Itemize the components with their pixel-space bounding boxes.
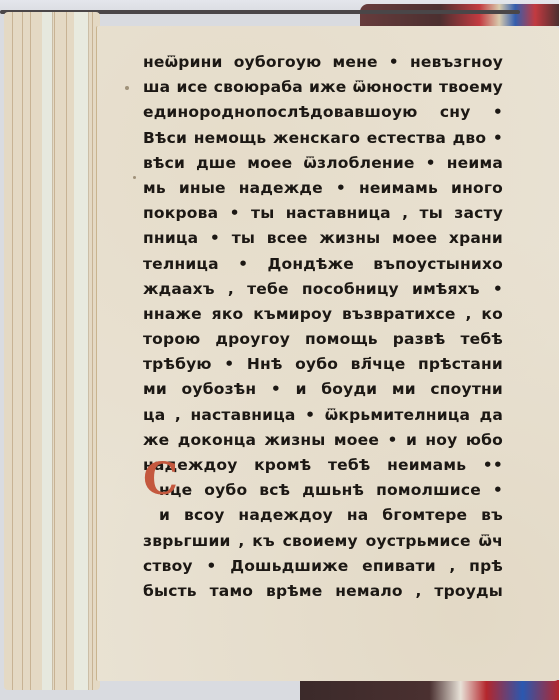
text-line: мь иные надежде • неимамь иного: [143, 176, 503, 201]
text-line: ша исе своюраба иже ѿюности твоему: [143, 75, 503, 100]
red-initial-letter: С: [143, 458, 178, 502]
text-line: ствоу • Дошьдшиже епивати , прѣ: [143, 554, 503, 579]
binding-cloth-top: [360, 4, 559, 26]
text-line: Вѣси немощь женскаго естества дво •: [143, 126, 503, 151]
text-line: трѣбую • Ннѣ оубо вл҃чце прѣстани: [143, 352, 503, 377]
text-line: и всоу надеждоу на бгомтере въ: [143, 503, 503, 528]
text-line: торою дроугоу помощь развѣ тебѣ: [143, 327, 503, 352]
text-line: ми оубозѣн • и боуди ми споутни: [143, 377, 503, 402]
text-line: надеждоу кромѣ тебѣ неимамь ••: [143, 453, 503, 478]
page-edges-stack: [4, 12, 100, 690]
text-line: единороднопослѣдовавшоую сну •: [143, 100, 503, 125]
text-line: неѿрини оубогоую мене • невъзгноу: [143, 50, 503, 75]
text-line: ннаже яко къмироу възвратихсе , ко: [143, 302, 503, 327]
text-line: вѣси дше моее ѿзлобление • неима: [143, 151, 503, 176]
text-line: ца , наставница • ѿкрьмителница да: [143, 403, 503, 428]
text-line: ждаахъ , тебе пособницу имѣяхъ •: [143, 277, 503, 302]
text-line: телница • Дондѣже въпоустынихо: [143, 252, 503, 277]
text-line: нце оубо всѣ дшьнѣ помолшисе •: [143, 478, 503, 503]
text-line: бысть тамо врѣме немало , троуды: [143, 579, 503, 604]
binding-cloth-bottom: [300, 680, 559, 700]
text-line: покрова • ты наставница , ты засту: [143, 201, 503, 226]
text-line: зврьгшии , къ своиему оустрьмисе ѿч: [143, 529, 503, 554]
text-block: неѿрини оубогоую мене • невъзгноу ша исе…: [143, 50, 503, 604]
text-line: пница • ты всее жизны моее храни: [143, 226, 503, 251]
text-line: же доконца жизны моее • и ноу юбо: [143, 428, 503, 453]
